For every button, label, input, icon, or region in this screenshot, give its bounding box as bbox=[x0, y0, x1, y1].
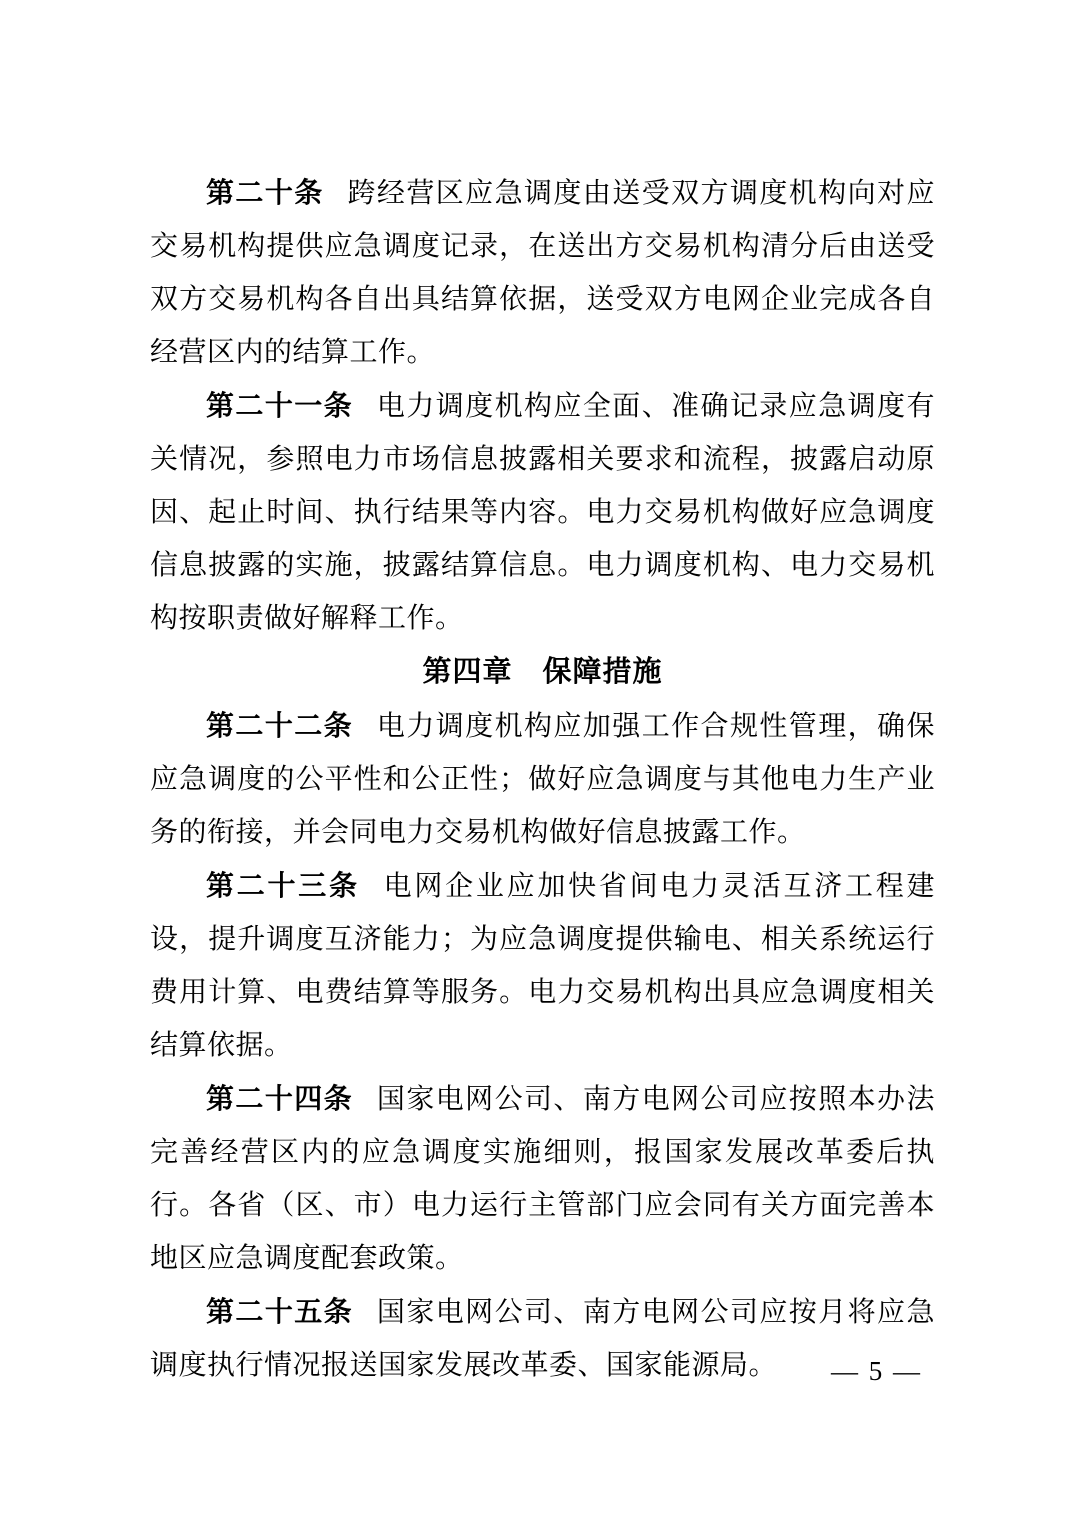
chapter-heading: 第四章 保障措施 bbox=[150, 645, 935, 699]
article-number-20: 第二十条 bbox=[206, 177, 324, 208]
article-number-22: 第二十二条 bbox=[206, 710, 353, 741]
article-number-24: 第二十四条 bbox=[206, 1083, 353, 1114]
document-page: 第二十条跨经营区应急调度由送受双方调度机构向对应交易机构提供应急调度记录，在送出… bbox=[0, 0, 1080, 1527]
article-paragraph-25: 第二十五条国家电网公司、南方电网公司应按月将应急调度执行情况报送国家发展改革委、… bbox=[150, 1285, 935, 1392]
article-paragraph-23: 第二十三条电网企业应加快省间电力灵活互济工程建设，提升调度互济能力；为应急调度提… bbox=[150, 859, 935, 1072]
article-paragraph-24: 第二十四条国家电网公司、南方电网公司应按照本办法完善经营区内的应急调度实施细则，… bbox=[150, 1072, 935, 1285]
article-number-23: 第二十三条 bbox=[206, 870, 360, 901]
page-number: — 5 — bbox=[831, 1356, 922, 1387]
article-text-21: 电力调度机构应全面、准确记录应急调度有关情况，参照电力市场信息披露相关要求和流程… bbox=[150, 391, 935, 634]
article-number-21: 第二十一条 bbox=[206, 390, 353, 421]
article-paragraph-20: 第二十条跨经营区应急调度由送受双方调度机构向对应交易机构提供应急调度记录，在送出… bbox=[150, 166, 935, 379]
article-number-25: 第二十五条 bbox=[206, 1296, 353, 1327]
article-paragraph-21: 第二十一条电力调度机构应全面、准确记录应急调度有关情况，参照电力市场信息披露相关… bbox=[150, 379, 935, 645]
article-paragraph-22: 第二十二条电力调度机构应加强工作合规性管理，确保应急调度的公平性和公正性；做好应… bbox=[150, 699, 935, 859]
